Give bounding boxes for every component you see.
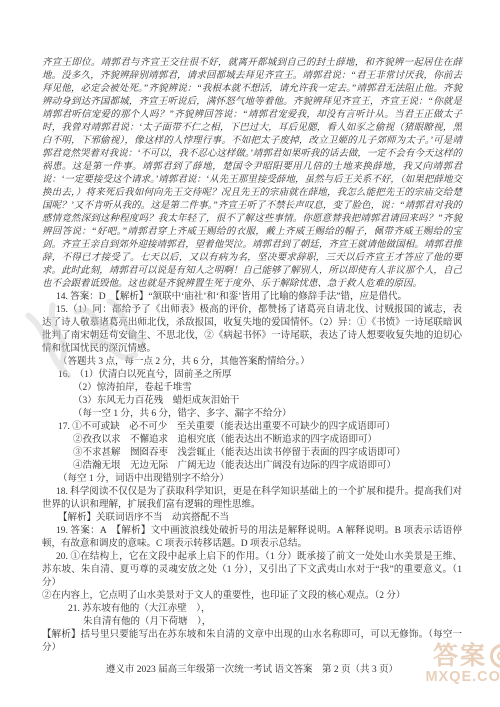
answer-17-line-2: ②孜孜以求 不懈追求 追根究底（能表达出不断追求的四字成语即可） <box>42 434 462 447</box>
answer-16-line-1: 16. （1）伏清白以死直兮，固前圣之所厚 <box>42 369 462 382</box>
answer-21-line-2: 朱自清有他的（月下荷塘 ）， <box>42 616 462 629</box>
answer-21-line-1: 21. 苏东坡有他的（大江赤壁 ）， <box>42 603 462 616</box>
answer-20-point-1: 20. ①在结构上，它在文段中起承上启下的作用。（1 分）既承接了前文一处处山水… <box>42 551 462 590</box>
answer-14: 14. 答案：D 【解析】“颔联中‘庙社’和‘和銮’皆用了比喻的修辞手法”错，应… <box>42 291 462 304</box>
answer-16-line-2: （2）惊涛拍岸，卷起千堆雪 <box>42 382 462 395</box>
answer-19: 19. 答案：A 【解析】文中画波浪线处破折号的用法是解释说明。A 解释说明。B… <box>42 525 462 551</box>
answer-15: 15.（1）同：都给予了《出师表》极高的评价，都赞扬了诸葛亮自请北伐、讨贼报国的… <box>42 304 462 356</box>
page-footer: 遵义市 2023 届高三年级第一次统一考试 语文答案 第 2 页（共 3 页） <box>42 664 462 677</box>
answer-17-scoring-note: （每空 1 分，词语中出现错别字不给分） <box>42 473 462 486</box>
answer-17-line-4: ④浩瀚无垠 无边无际 广阔无边（能表达出广阔没有边际的四字成语即可） <box>42 460 462 473</box>
answer-21-analysis: 【解析】括号里只要能写出在苏东坡和朱自清的文章中出现的山水名称即可，可以无修饰。… <box>42 629 462 655</box>
answer-20-point-2: ②在内容上，它点明了山水美景对于文人的重要性，也印证了文段的核心观点。（2 分） <box>42 590 462 603</box>
answer-17-line-1: 17. ①不可或缺 必不可少 至关重要（能表达出重要不可缺少的四字成语即可） <box>42 421 462 434</box>
answer-18-analysis: 【解析】关联词语序不当 动宾搭配不当 <box>42 512 462 525</box>
answer-17-line-3: ③不求甚解 囫囵吞枣 浅尝辄止（能表达出读书停留于表面的四字成语即可） <box>42 447 462 460</box>
answer-18: 18. 科学阅读不仅仅是为了获取科学知识，更是在科学知识基础上的一个扩展和提升。… <box>42 486 462 512</box>
answer-16-line-3: （3）东风无力百花残 蜡炬成灰泪始干 <box>42 395 462 408</box>
exam-answer-page: 齐宣王即位。靖郭君与齐宣王交往很不好，就离开都城到自己的封土薛地，和齐貌辨一起居… <box>0 0 500 707</box>
classical-translation-paragraph: 齐宣王即位。靖郭君与齐宣王交往很不好，就离开都城到自己的封土薛地，和齐貌辨一起居… <box>42 57 462 291</box>
answer-15-scoring-note: （答题共 3 点，每一点 2 分，共 6 分，其他答案酌情给分。） <box>42 356 462 369</box>
answer-16-scoring-note: （每一空 1 分，共 6 分，错字、多字、漏字不给分） <box>42 408 462 421</box>
